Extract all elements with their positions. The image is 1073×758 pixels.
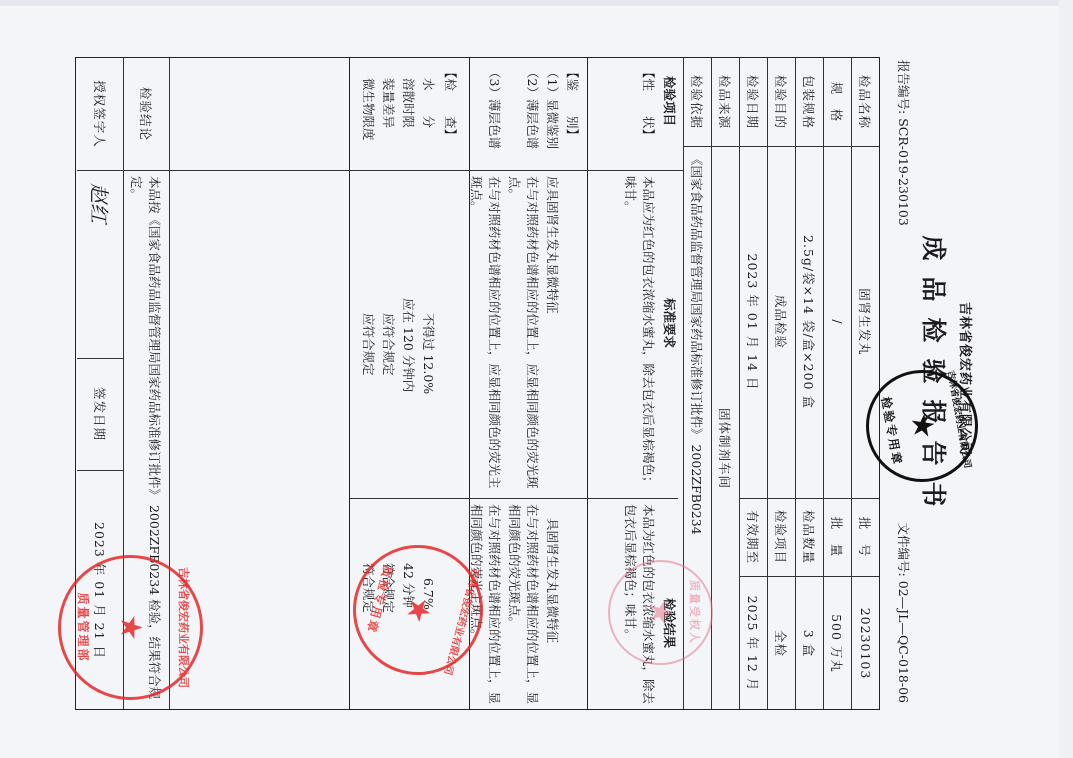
- label-conclusion: 检验结论: [124, 58, 169, 170]
- row-product: 检品名称 固肾生发丸 批 号 20230103: [851, 58, 879, 709]
- section-title-check: 【检 查】: [441, 66, 459, 141]
- blank-area: [169, 58, 349, 709]
- value-expiry: 2025 年 12 月: [740, 576, 767, 711]
- standard-tlc-1: 在与对照药材色谱相应的位置上，应显相同颜色的荧光斑点。: [505, 176, 541, 494]
- header-result: 检验结果: [660, 598, 678, 648]
- section-identification: 【鉴 别】 （1）显微鉴别 应具固肾生发丸显微特征 具固肾生发丸显微特征 （2）…: [469, 58, 587, 709]
- item-tlc-1: （2）薄层色谱: [523, 66, 541, 149]
- row-basis: 检验依据 《国家食品药品监督管理局国家药品标准修订批件》 2002ZFB0234: [683, 58, 711, 709]
- row-spec: 规 格 / 批 量 500 万丸: [823, 58, 851, 709]
- result-characteristics: 本品为红色的包衣浓缩水蜜丸，除去包衣后显棕褐色；味甘。: [621, 504, 657, 706]
- standard-fill-variation: 应符合规定: [379, 313, 397, 376]
- label-spec: 规 格: [824, 58, 851, 146]
- company-name: 吉林省俊宏药业有限公司: [957, 0, 976, 758]
- label-purpose: 检验目的: [768, 58, 795, 146]
- row-package: 包装规格 2.5g/袋×14 袋/盒×200 盒 检品数量 3 盒: [795, 58, 823, 709]
- label-batch-qty: 批 量: [824, 498, 851, 576]
- item-tlc-2: （3）薄层色谱: [485, 66, 503, 149]
- row-purpose: 检验目的 成品检验 检验项目 全检: [767, 58, 795, 709]
- label-expiry: 有效期至: [740, 498, 767, 576]
- value-batch-qty: 500 万丸: [824, 576, 851, 711]
- result-fill-variation: 符合规定: [379, 563, 397, 613]
- report-number: 报告编号: SCR-019-230103: [895, 60, 913, 226]
- header-test-item: 检验项目: [660, 76, 678, 126]
- file-number-label: 文件编号:: [896, 523, 911, 577]
- label-test-items: 检验项目: [768, 498, 795, 576]
- report-title: 成品检验报告书: [917, 0, 953, 758]
- label-product-name: 检品名称: [852, 58, 879, 146]
- value-source: 固体制剂车间: [712, 146, 739, 711]
- file-number: 文件编号: 02—JL—QC-018-06: [895, 523, 913, 703]
- result-moisture: 6.7%: [419, 578, 437, 610]
- value-test-items: 全检: [768, 576, 795, 711]
- row-conclusion: 检验结论 本品按《国家食品药品监督管理局国家药品标准修订批件》 2002ZFB0…: [123, 58, 169, 709]
- value-sample-qty: 3 盒: [796, 576, 823, 711]
- inspection-report-page: 吉林省俊宏药业有限公司 成品检验报告书 报告编号: SCR-019-230103…: [0, 0, 1073, 758]
- label-package: 包装规格: [796, 58, 823, 146]
- header-standard: 标准要求: [660, 298, 678, 348]
- item-microbial: 微生物限度: [359, 78, 377, 141]
- row-signature: 授权签字人 赵红 签发日期 2023 年 01 月 21 日: [77, 58, 123, 709]
- label-source: 检品来源: [712, 58, 739, 146]
- value-product-name: 固肾生发丸: [852, 146, 879, 498]
- item-disintegration: 溶散时限: [399, 78, 417, 128]
- label-signer: 授权签字人: [77, 58, 123, 170]
- result-disintegration: 42 分钟: [399, 563, 417, 608]
- item-fill-variation: 装量差异: [379, 78, 397, 128]
- standard-microbial: 应符合规定: [359, 313, 377, 376]
- label-issue-date: 签发日期: [77, 358, 123, 470]
- result-tlc-2: 在与对照药材色谱相应的位置上，显相同颜色的荧光主斑点。: [467, 504, 503, 706]
- value-test-date: 2023 年 01 月 14 日: [740, 146, 767, 498]
- row-source: 检品来源 固体制剂车间: [711, 58, 739, 709]
- report-number-label: 报告编号:: [896, 60, 911, 114]
- signature: 赵红: [86, 183, 115, 223]
- value-spec: /: [824, 146, 851, 498]
- label-sample-qty: 检品数量: [796, 498, 823, 576]
- row-date: 检验日期 2023 年 01 月 14 日 有效期至 2025 年 12 月: [739, 58, 767, 709]
- conclusion-text: 本品按《国家食品药品监督管理局国家药品标准修订批件》 2002ZFB0234 检…: [127, 176, 163, 706]
- label-test-date: 检验日期: [740, 58, 767, 146]
- report-number-value: SCR-019-230103: [896, 118, 911, 226]
- standard-characteristics: 本品应为红色的包衣浓缩水蜜丸，除去包衣后显棕褐色；味甘。: [621, 176, 657, 494]
- label-batch-no: 批 号: [852, 498, 879, 576]
- value-package: 2.5g/袋×14 袋/盒×200 盒: [796, 146, 823, 498]
- section-title-identification: 【鉴 别】: [563, 66, 581, 141]
- result-tlc-1: 在与对照药材色谱相应的位置上，显相同颜色的荧光斑点。: [505, 504, 541, 706]
- file-number-value: 02—JL—QC-018-06: [896, 581, 911, 703]
- section-check: 【检 查】 水 分 不得过 12.0% 6.7% 溶散时限 应在 120 分钟内…: [349, 58, 469, 709]
- section-title-characteristics: 【性 状】: [639, 66, 657, 141]
- section-characteristics: 检验项目 标准要求 检验结果 【性 状】 本品应为红色的包衣浓缩水蜜丸，除去包衣…: [587, 58, 683, 709]
- value-issue-date: 2023 年 01 月 21 日: [77, 470, 123, 711]
- result-microscopic: 具固肾生发丸显微特征: [543, 518, 561, 704]
- report-table: 检品名称 固肾生发丸 批 号 20230103 规 格 / 批 量 500 万丸…: [75, 57, 880, 710]
- item-moisture: 水 分: [419, 78, 437, 128]
- standard-microscopic: 应具固肾生发丸显微特征: [543, 176, 561, 494]
- item-microscopic: （1）显微鉴别: [543, 66, 561, 149]
- standard-moisture: 不得过 12.0%: [419, 313, 437, 394]
- result-microbial: 符合规定: [359, 563, 377, 613]
- standard-tlc-2: 在与对照药材色谱相应的位置上，应显相同颜色的荧光主斑点。: [467, 176, 503, 494]
- value-purpose: 成品检验: [768, 146, 795, 498]
- value-basis: 《国家食品药品监督管理局国家药品标准修订批件》 2002ZFB0234: [684, 153, 711, 708]
- label-basis: 检验依据: [684, 58, 711, 146]
- standard-disintegration: 应在 120 分钟内: [399, 298, 417, 392]
- value-batch-no: 20230103: [852, 576, 879, 711]
